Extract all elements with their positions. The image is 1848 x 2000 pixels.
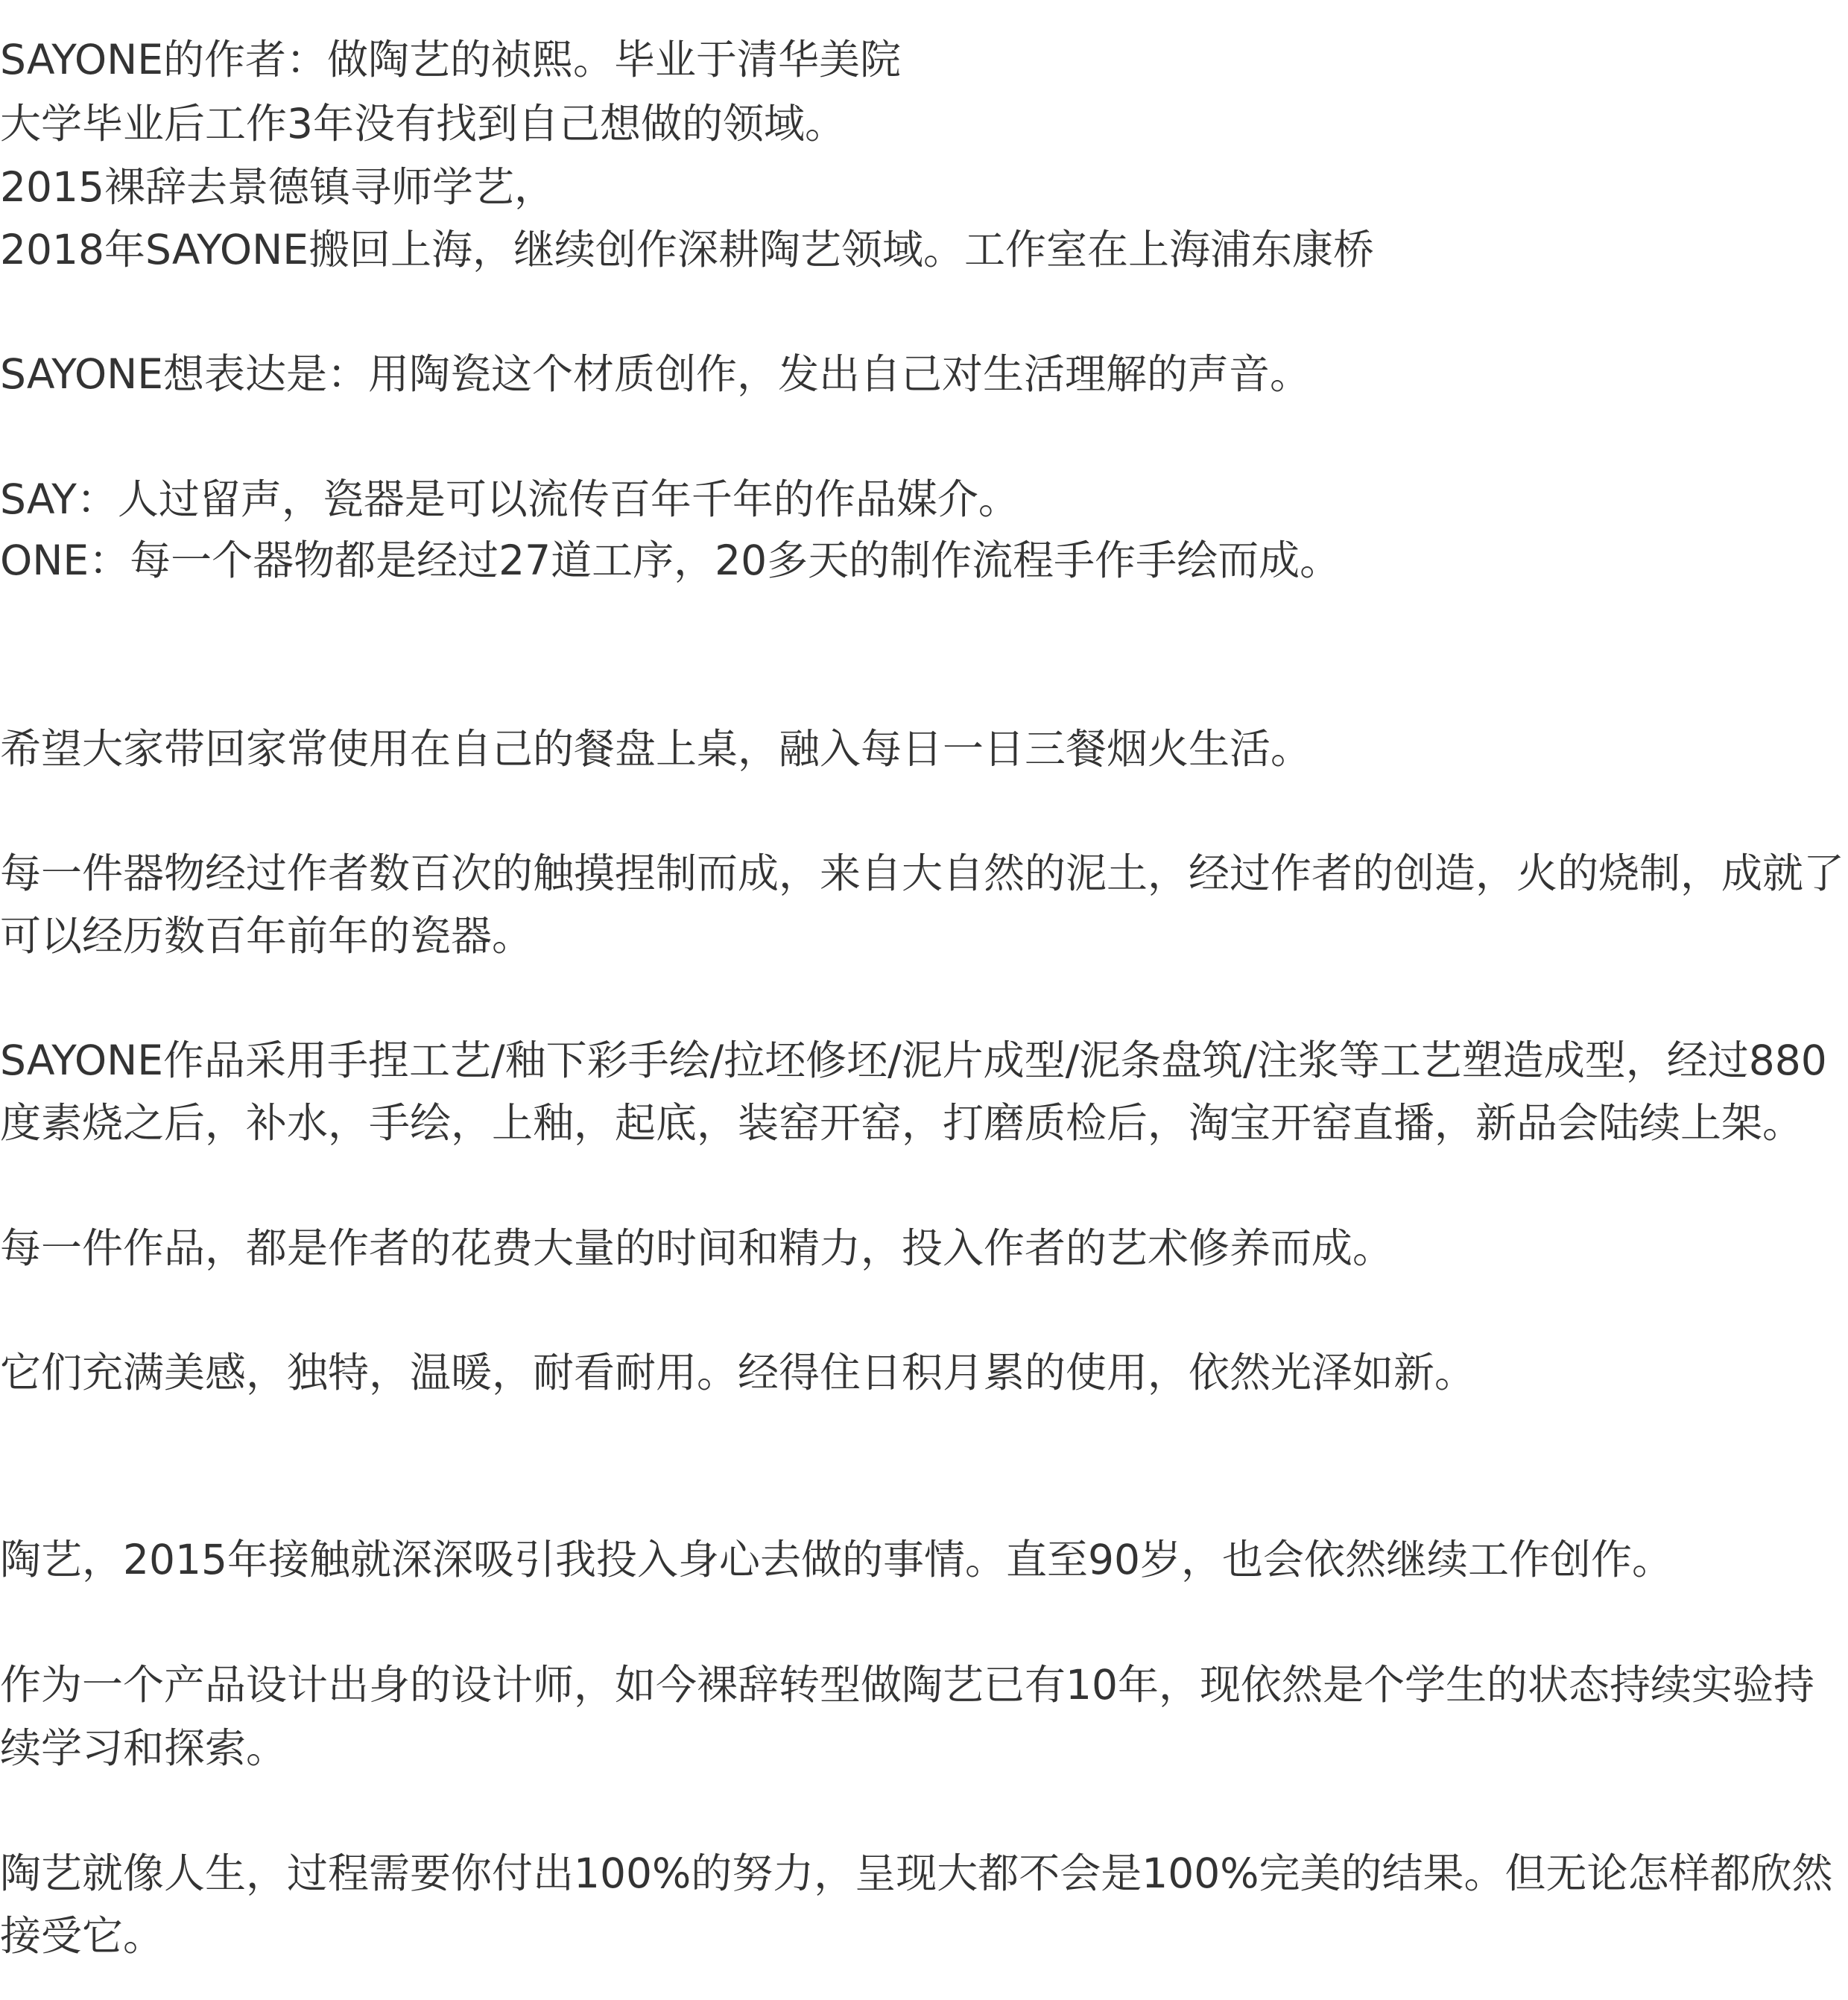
text-line: 希望大家带回家常使用在自己的餐盘上桌，融入每日一日三餐烟火生活。: [0, 718, 1311, 780]
text-line: 作为一个产品设计出身的设计师，如今裸辞转型做陶艺已有10年，现依然是个学生的状态…: [0, 1654, 1814, 1716]
text-line: SAYONE想表达是：用陶瓷这个材质创作，发出自己对生活理解的声音。: [0, 343, 1311, 405]
text-line: 陶艺，2015年接触就深深吸引我投入身心去做的事情。直至90岁，也会依然继续工作…: [0, 1528, 1673, 1591]
text-line: 接受它。: [0, 1905, 164, 1967]
text-line: 2015裸辞去景德镇寻师学艺，: [0, 156, 555, 218]
text-line: 大学毕业后工作3年没有找到自己想做的领域。: [0, 92, 846, 155]
text-line-one: ONE：每一个器物都是经过27道工序，20多天的制作流程手作手绘而成。: [0, 529, 1341, 592]
text-line: 它们充满美感，独特，温暖，耐看耐用。经得住日积月累的使用，依然光泽如新。: [0, 1341, 1475, 1404]
text-line: SAYONE作品采用手捏工艺/釉下彩手绘/拉坯修坯/泥片成型/泥条盘筑/注浆等工…: [0, 1029, 1827, 1092]
text-line: SAYONE的作者：做陶艺的祯熙。毕业于清华美院: [0, 28, 901, 91]
text-line: 续学习和探索。: [0, 1717, 287, 1779]
text-line: 每一件作品，都是作者的花费大量的时间和精力，投入作者的艺术修养而成。: [0, 1217, 1393, 1279]
text-line-say: SAY：人过留声，瓷器是可以流传百年千年的作品媒介。: [0, 468, 1019, 531]
text-line: 可以经历数百年前年的瓷器。: [0, 905, 533, 967]
text-line: 每一件器物经过作者数百次的触摸捏制而成，来自大自然的泥土，经过作者的创造，火的烧…: [0, 842, 1844, 905]
text-line: 陶艺就像人生，过程需要你付出100%的努力，呈现大都不会是100%完美的结果。但…: [0, 1842, 1832, 1905]
document-body: SAYONE的作者：做陶艺的祯熙。毕业于清华美院 大学毕业后工作3年没有找到自己…: [0, 0, 1848, 2000]
text-line: 2018年SAYONE搬回上海，继续创作深耕陶艺领域。工作室在上海浦东康桥: [0, 218, 1374, 281]
text-line: 度素烧之后，补水，手绘，上釉，起底，装窑开窑，打磨质检后，淘宝开窑直播，新品会陆…: [0, 1092, 1803, 1154]
